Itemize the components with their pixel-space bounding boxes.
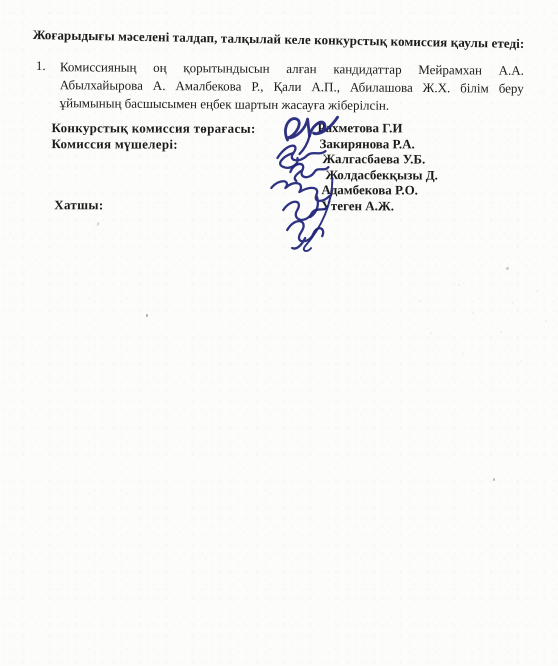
scanned-document-page: Жоғарыдығы мәселені талдап, талқылай кел…: [0, 0, 558, 666]
signatory-name: Жолдасбекқызы Д.: [325, 167, 499, 183]
scan-speck: [512, 302, 514, 304]
scan-speck: [458, 284, 460, 286]
members-label: Комиссия мүшелері:: [51, 136, 177, 152]
scan-speck: [472, 312, 474, 314]
signatory-name: Утеген А.Ж.: [321, 198, 499, 214]
signatory-name: Жалгасбаева У.Б.: [322, 151, 499, 167]
scan-speck: [506, 267, 509, 270]
secretary-label: Хатшы:: [54, 197, 103, 213]
signature-block: Конкурстық комиссия төрағасы: Комиссия м…: [0, 0, 558, 302]
scan-speck: [536, 290, 538, 292]
signatory-names-list: Рахметова Г.И Закирянова Р.А. Жалгасбаев…: [319, 120, 499, 214]
signatory-name: Адамбекова Р.О.: [321, 182, 499, 198]
scan-speck: [516, 60, 518, 62]
signature-stroke-secretary: [287, 221, 323, 249]
signature-stroke-member-2: [290, 164, 328, 181]
signatory-name: Рахметова Г.И: [318, 120, 500, 136]
scan-speck: [545, 320, 547, 322]
signature-stroke-chairman: [285, 117, 337, 140]
signature-stroke-member-3: [271, 181, 329, 217]
scan-speck: [146, 314, 148, 317]
scan-speck: [540, 92, 542, 94]
scan-speck: [520, 360, 522, 362]
handwritten-signatures-ink: [263, 110, 344, 255]
signature-stroke-member-4: [283, 202, 327, 220]
signature-stroke-connector: [299, 136, 309, 154]
scan-speck: [500, 331, 502, 333]
scan-speck: [462, 352, 464, 354]
signatory-name: Закирянова Р.А.: [319, 136, 499, 152]
chairman-label: Конкурстық комиссия төрағасы:: [52, 120, 256, 137]
scan-speck: [493, 478, 495, 481]
scan-speck: [420, 300, 422, 302]
scan-speck: [430, 332, 432, 334]
